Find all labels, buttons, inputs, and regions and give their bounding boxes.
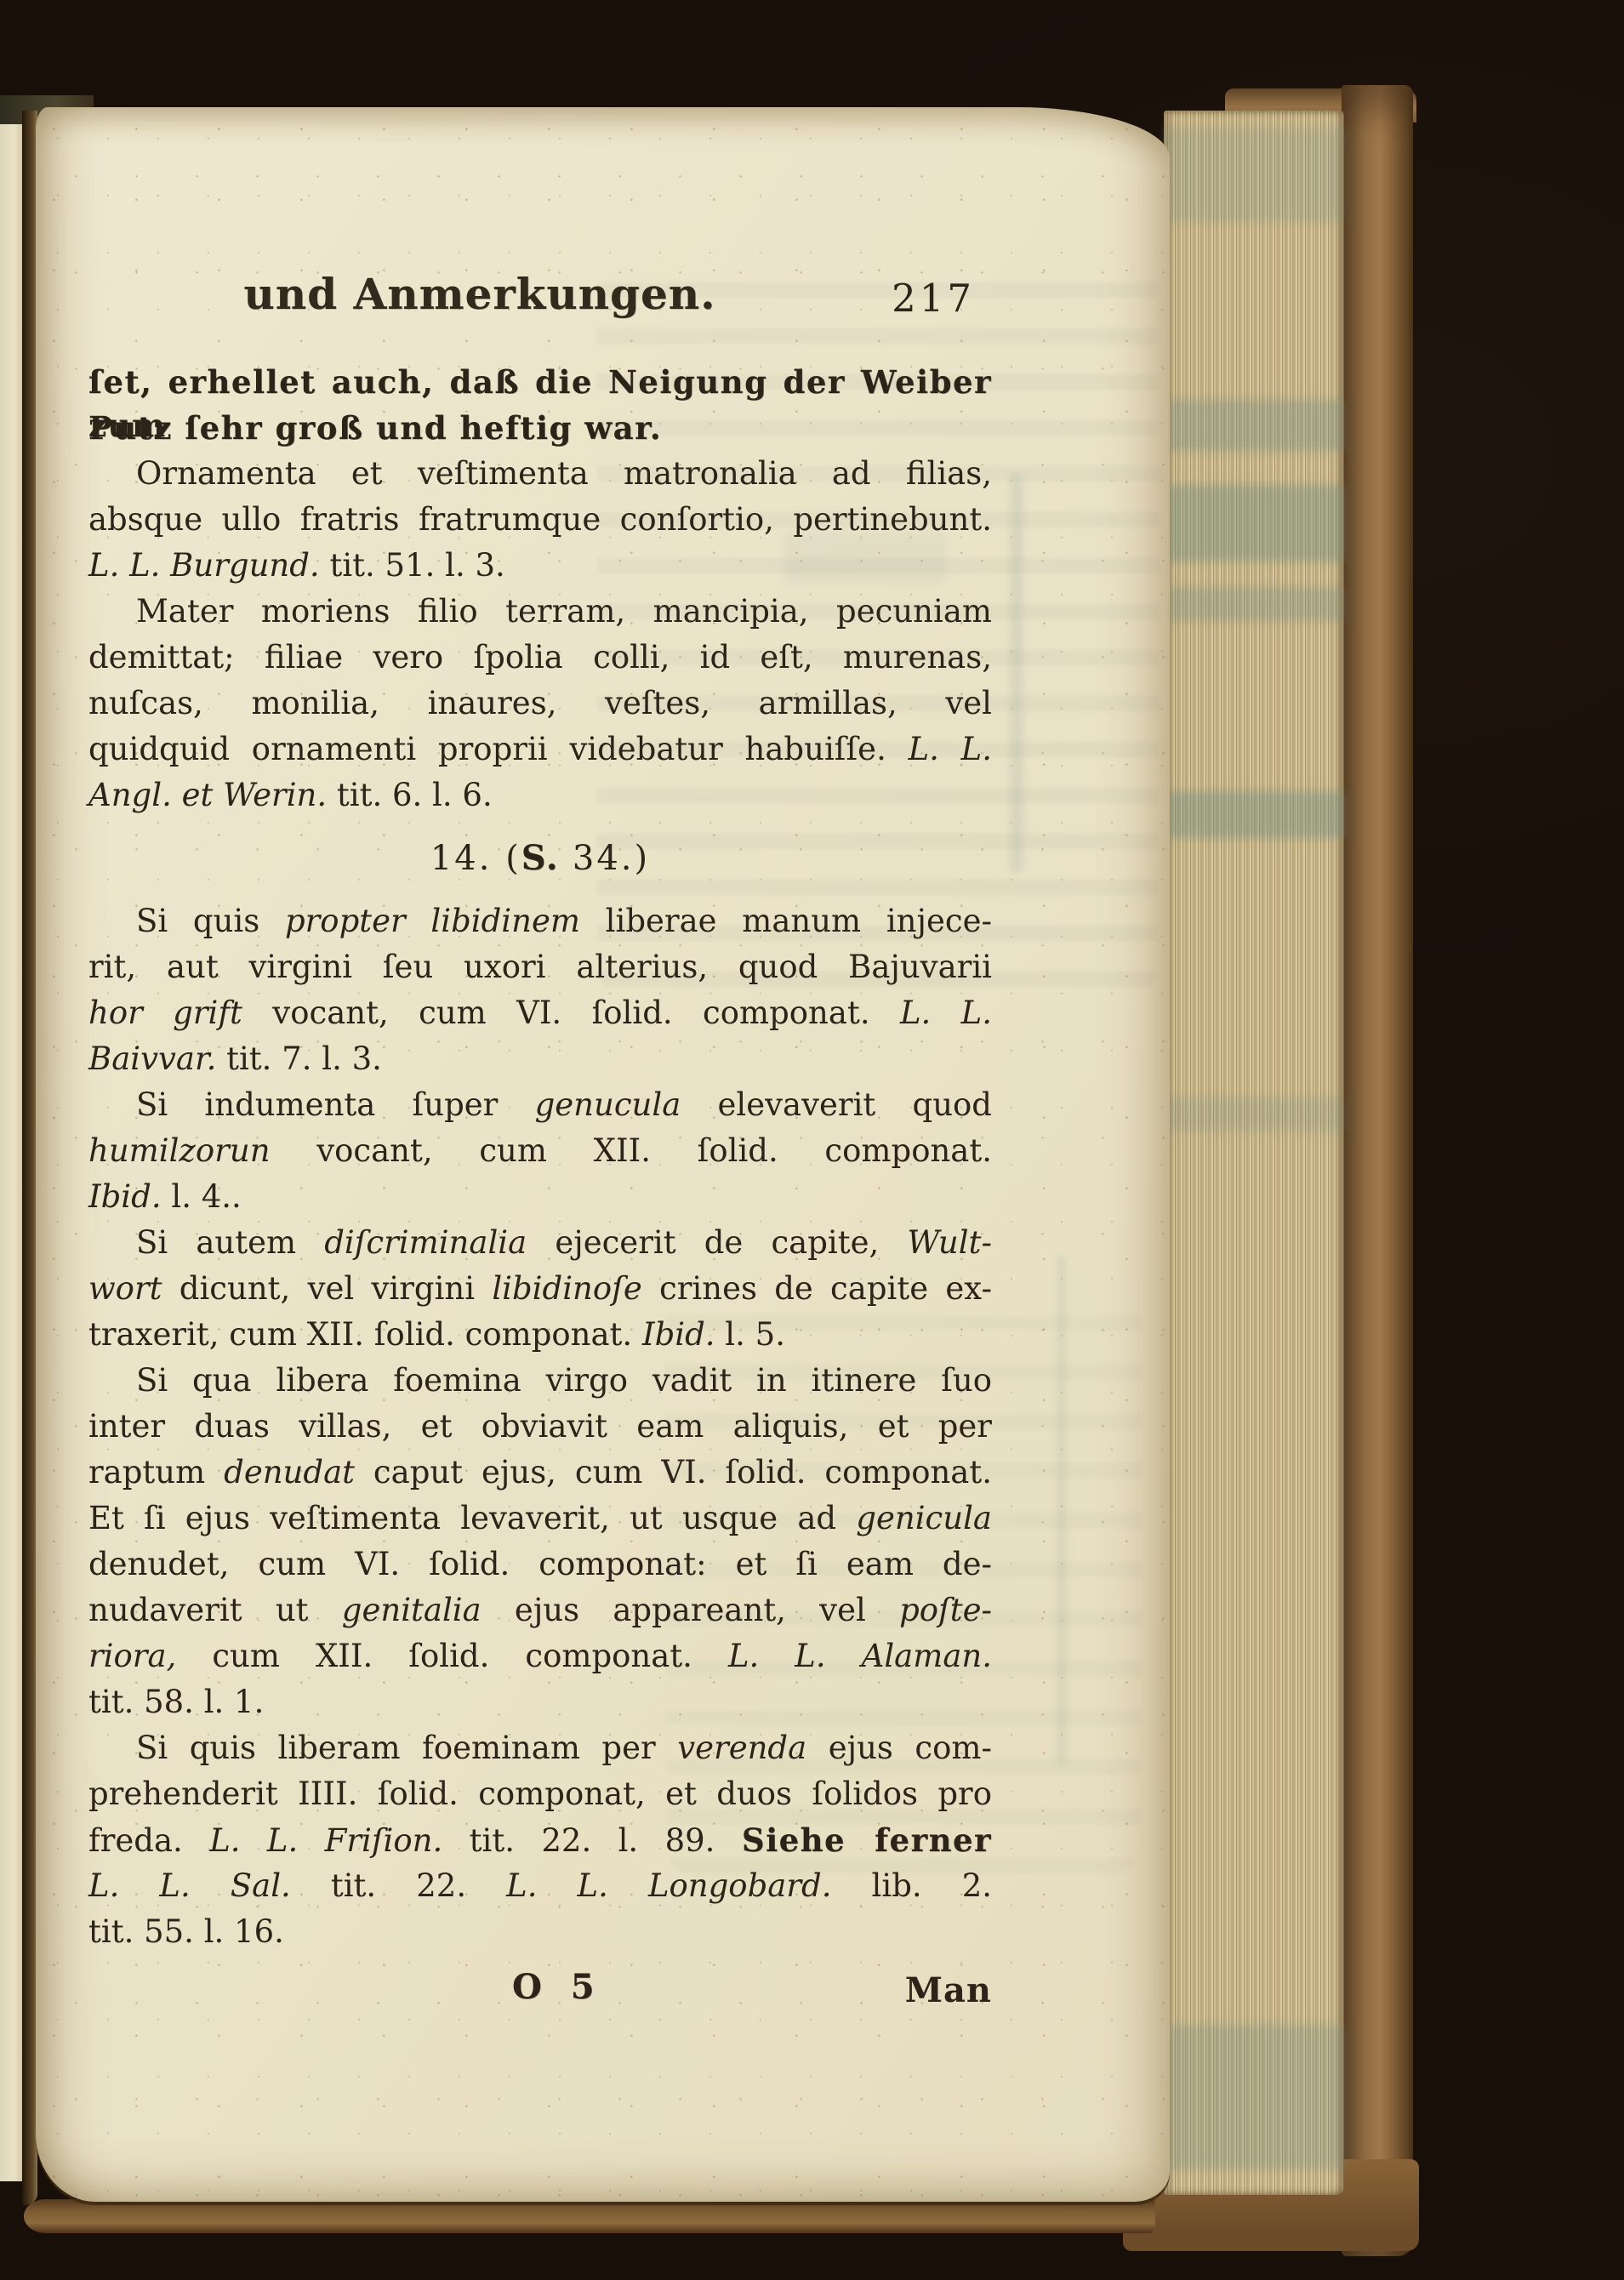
roman-text: denudet, cum VI. ſolid. componat: et ſi … bbox=[88, 1546, 992, 1582]
italic-text: libidinoſe bbox=[492, 1270, 641, 1307]
text-line: humilzorun vocant, cum XII. ſolid. compo… bbox=[88, 1130, 992, 1176]
roman-text: quidquid ornamenti proprii videbatur hab… bbox=[88, 731, 909, 767]
italic-text: propter libidinem bbox=[285, 903, 580, 939]
italic-text: hor grift bbox=[88, 995, 242, 1031]
signature-mark: O 5 bbox=[512, 1967, 603, 2007]
roman-text: ejus com- bbox=[806, 1730, 992, 1766]
fraktur-text: S. bbox=[521, 838, 559, 878]
roman-text: ejus appareant, vel bbox=[482, 1592, 899, 1628]
roman-text: vocant, cum XII. ſolid. componat. bbox=[271, 1132, 992, 1169]
roman-text: inter duas villas, et obviavit eam aliqu… bbox=[88, 1408, 992, 1445]
text-line: inter duas villas, et obviavit eam aliqu… bbox=[88, 1405, 992, 1451]
roman-text: 14. ( bbox=[430, 839, 521, 878]
text-line: L. L. Sal. tit. 22. L. L. Longobard. lib… bbox=[88, 1865, 992, 1911]
italic-text: L. L. Burgund. bbox=[88, 547, 320, 584]
roman-text: tit. 22. bbox=[291, 1867, 506, 1904]
roman-text: dicunt, vel virgini bbox=[162, 1270, 493, 1307]
text-line: denudet, cum VI. ſolid. componat: et ſi … bbox=[88, 1543, 992, 1589]
roman-text: nudaverit ut bbox=[88, 1592, 342, 1628]
roman-text: tit. 7. l. 3. bbox=[216, 1040, 382, 1077]
roman-text: lib. 2. bbox=[831, 1867, 992, 1904]
italic-text: genucula bbox=[535, 1086, 681, 1123]
text-line: L. L. Burgund. tit. 51. l. 3. bbox=[88, 544, 992, 590]
roman-text: Si quis liberam foeminam per bbox=[136, 1730, 677, 1766]
page-text: und Anmerkungen. 217 ſet, erhellet auch,… bbox=[0, 0, 1624, 2280]
italic-text: Wult- bbox=[907, 1224, 992, 1261]
italic-text: L. L. Alaman. bbox=[728, 1638, 992, 1674]
italic-text: genitalia bbox=[342, 1592, 482, 1628]
italic-text: Ibid. bbox=[642, 1316, 715, 1353]
italic-text: Ibid. bbox=[88, 1178, 162, 1215]
roman-text: raptum bbox=[88, 1454, 224, 1491]
italic-text: L. L. Sal. bbox=[88, 1867, 291, 1904]
text-line: Et ſi ejus veſtimenta levaverit, ut usqu… bbox=[88, 1497, 992, 1543]
roman-text: prehenderit IIII. ſolid. componat, et du… bbox=[88, 1776, 992, 1812]
italic-text: Baivvar. bbox=[88, 1040, 216, 1077]
text-line: hor grift vocant, cum VI. ſolid. compona… bbox=[88, 992, 992, 1038]
roman-text: l. 5. bbox=[715, 1316, 785, 1353]
italic-text: riora, bbox=[88, 1638, 176, 1674]
text-line: Si indumenta ſuper genucula elevaverit q… bbox=[88, 1084, 992, 1130]
text-line: Si quis propter libidinem liberae manum … bbox=[88, 900, 992, 946]
roman-text: Si qua libera foemina virgo vadit in iti… bbox=[136, 1362, 992, 1399]
roman-text: l. 4.. bbox=[162, 1178, 242, 1215]
roman-text: tit. 22. l. 89. bbox=[442, 1822, 742, 1859]
roman-text: tit. 6. l. 6. bbox=[327, 777, 493, 813]
text-line: quidquid ornamenti proprii videbatur hab… bbox=[88, 728, 992, 774]
text-line: Si autem diſcriminalia ejecerit de capit… bbox=[88, 1222, 992, 1268]
roman-text: demittat; filiae vero ſpolia colli, id e… bbox=[88, 639, 992, 675]
text-line: freda. L. L. Friſion. tit. 22. l. 89. Si… bbox=[88, 1819, 992, 1865]
catchword: Man bbox=[905, 1970, 992, 2010]
text-line: Si qua libera foemina virgo vadit in iti… bbox=[88, 1359, 992, 1405]
running-header: und Anmerkungen. 217 bbox=[88, 269, 990, 328]
text-line: wort dicunt, vel virgini libidinoſe crin… bbox=[88, 1268, 992, 1314]
text-line: nudaverit ut genitalia ejus appareant, v… bbox=[88, 1589, 992, 1635]
text-line: Baivvar. tit. 7. l. 3. bbox=[88, 1038, 992, 1084]
italic-text: denudat bbox=[224, 1454, 355, 1491]
roman-text: liberae manum injece- bbox=[580, 903, 992, 939]
roman-text: Ornamenta et veſtimenta matronalia ad fi… bbox=[136, 455, 992, 492]
italic-text: L. L. bbox=[909, 731, 992, 767]
roman-text: Mater moriens filio terram, mancipia, pe… bbox=[136, 593, 992, 630]
fraktur-text: Putz ſehr groß und heftig war. bbox=[88, 409, 662, 447]
roman-text: Et ſi ejus veſtimenta levaverit, ut usqu… bbox=[88, 1500, 856, 1536]
italic-text: verenda bbox=[677, 1730, 806, 1766]
roman-text: crines de capite ex- bbox=[642, 1270, 992, 1307]
page-number: 217 bbox=[892, 276, 975, 321]
roman-text: vocant, cum VI. ſolid. componat. bbox=[242, 995, 900, 1031]
fraktur-text: Siehe ferner bbox=[742, 1821, 992, 1859]
text-line: Si quis liberam foeminam per verenda eju… bbox=[88, 1727, 992, 1773]
roman-text: elevaverit quod bbox=[681, 1086, 992, 1123]
italic-text: L. L. bbox=[900, 995, 992, 1031]
text-line: demittat; filiae vero ſpolia colli, id e… bbox=[88, 636, 992, 682]
page-footer: O 5 Man bbox=[88, 1967, 992, 2018]
section-heading-line: 14. (S. 34.) bbox=[88, 837, 992, 883]
text-line: ſet, erhellet auch, daß die Neigung der … bbox=[88, 361, 992, 407]
text-line: absque ullo fratris fratrumque conſortio… bbox=[88, 499, 992, 544]
roman-text: Si quis bbox=[136, 903, 285, 939]
roman-text: Si autem bbox=[136, 1224, 324, 1261]
italic-text: L. L. Friſion. bbox=[209, 1822, 442, 1859]
roman-text: tit. 58. l. 1. bbox=[88, 1684, 264, 1720]
text-line: Angl. et Werin. tit. 6. l. 6. bbox=[88, 774, 992, 820]
header-title: und Anmerkungen. bbox=[114, 269, 846, 319]
text-line: tit. 58. l. 1. bbox=[88, 1681, 992, 1727]
italic-text: poſte- bbox=[899, 1592, 992, 1628]
text-line: Ibid. l. 4.. bbox=[88, 1176, 992, 1222]
roman-text: ejecerit de capite, bbox=[527, 1224, 907, 1261]
italic-text: diſcriminalia bbox=[324, 1224, 527, 1261]
roman-text: tit. 55. l. 16. bbox=[88, 1913, 284, 1950]
roman-text: Si indumenta ſuper bbox=[136, 1086, 535, 1123]
roman-text: nuſcas, monilia, inaures, veſtes, armill… bbox=[88, 685, 992, 721]
text-line: traxerit, cum XII. ſolid. componat. Ibid… bbox=[88, 1314, 992, 1359]
italic-text: humilzorun bbox=[88, 1132, 271, 1169]
text-line: Putz ſehr groß und heftig war. bbox=[88, 407, 992, 453]
text-line: prehenderit IIII. ſolid. componat, et du… bbox=[88, 1773, 992, 1819]
text-line: rit, aut virgini ſeu uxori alterius, quo… bbox=[88, 946, 992, 992]
text-line: riora, cum XII. ſolid. componat. L. L. A… bbox=[88, 1635, 992, 1681]
roman-text: traxerit, cum XII. ſolid. componat. bbox=[88, 1316, 642, 1353]
roman-text: freda. bbox=[88, 1822, 209, 1859]
text-line: tit. 55. l. 16. bbox=[88, 1911, 992, 1957]
roman-text: cum XII. ſolid. componat. bbox=[176, 1638, 728, 1674]
text-line: raptum denudat caput ejus, cum VI. ſolid… bbox=[88, 1451, 992, 1497]
roman-text: tit. 51. l. 3. bbox=[320, 547, 505, 584]
italic-text: wort bbox=[88, 1270, 162, 1307]
roman-text: rit, aut virgini ſeu uxori alterius, quo… bbox=[88, 949, 992, 985]
text-line: Ornamenta et veſtimenta matronalia ad fi… bbox=[88, 453, 992, 499]
roman-text: caput ejus, cum VI. ſolid. componat. bbox=[355, 1454, 992, 1491]
text-line: Mater moriens filio terram, mancipia, pe… bbox=[88, 590, 992, 636]
italic-text: genicula bbox=[856, 1500, 992, 1536]
roman-text: 34.) bbox=[559, 839, 650, 878]
roman-text: absque ullo fratris fratrumque conſortio… bbox=[88, 501, 992, 538]
italic-text: L. L. Longobard. bbox=[506, 1867, 831, 1904]
text-line: nuſcas, monilia, inaures, veſtes, armill… bbox=[88, 682, 992, 728]
italic-text: Angl. et Werin. bbox=[88, 777, 327, 813]
